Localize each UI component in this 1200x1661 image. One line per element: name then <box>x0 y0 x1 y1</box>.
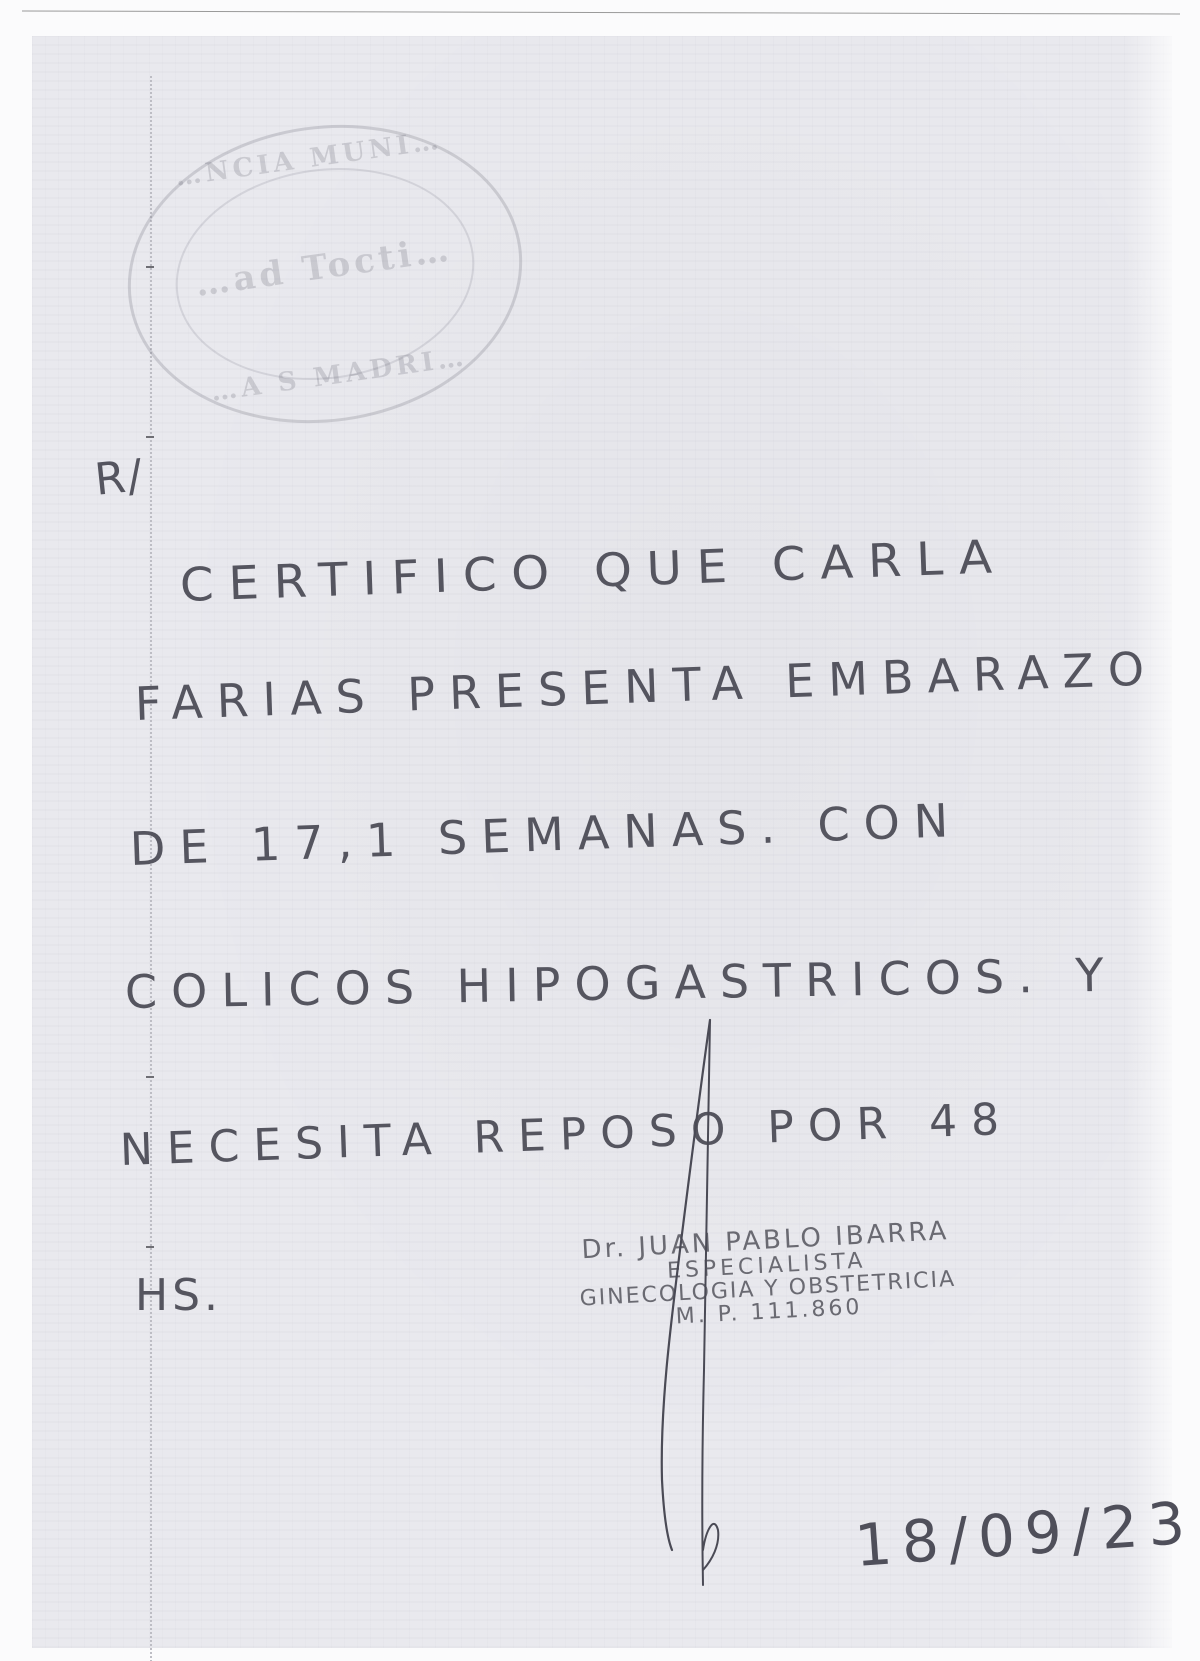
stamp-text-top: …NCIA MUNI… <box>114 117 504 201</box>
perforation-mark <box>146 1246 154 1248</box>
scanned-page: …NCIA MUNI… …ad Tocti… …A S MADRI… R/ CE… <box>0 0 1200 1661</box>
institution-stamp-inner-ring <box>162 149 488 399</box>
perforation-mark <box>146 266 154 268</box>
perforation-mark <box>146 1076 154 1078</box>
signature-icon <box>640 1010 760 1590</box>
stamp-text-bottom: …A S MADRI… <box>144 333 534 417</box>
scan-top-edge <box>22 10 1180 14</box>
prescription-mark: R/ <box>92 450 146 506</box>
handwritten-line-6: HS. <box>135 1270 222 1321</box>
institution-stamp: …NCIA MUNI… …ad Tocti… …A S MADRI… <box>108 100 541 448</box>
stamp-text-center: …ad Tocti… <box>128 220 520 314</box>
perforation-mark <box>146 436 154 438</box>
